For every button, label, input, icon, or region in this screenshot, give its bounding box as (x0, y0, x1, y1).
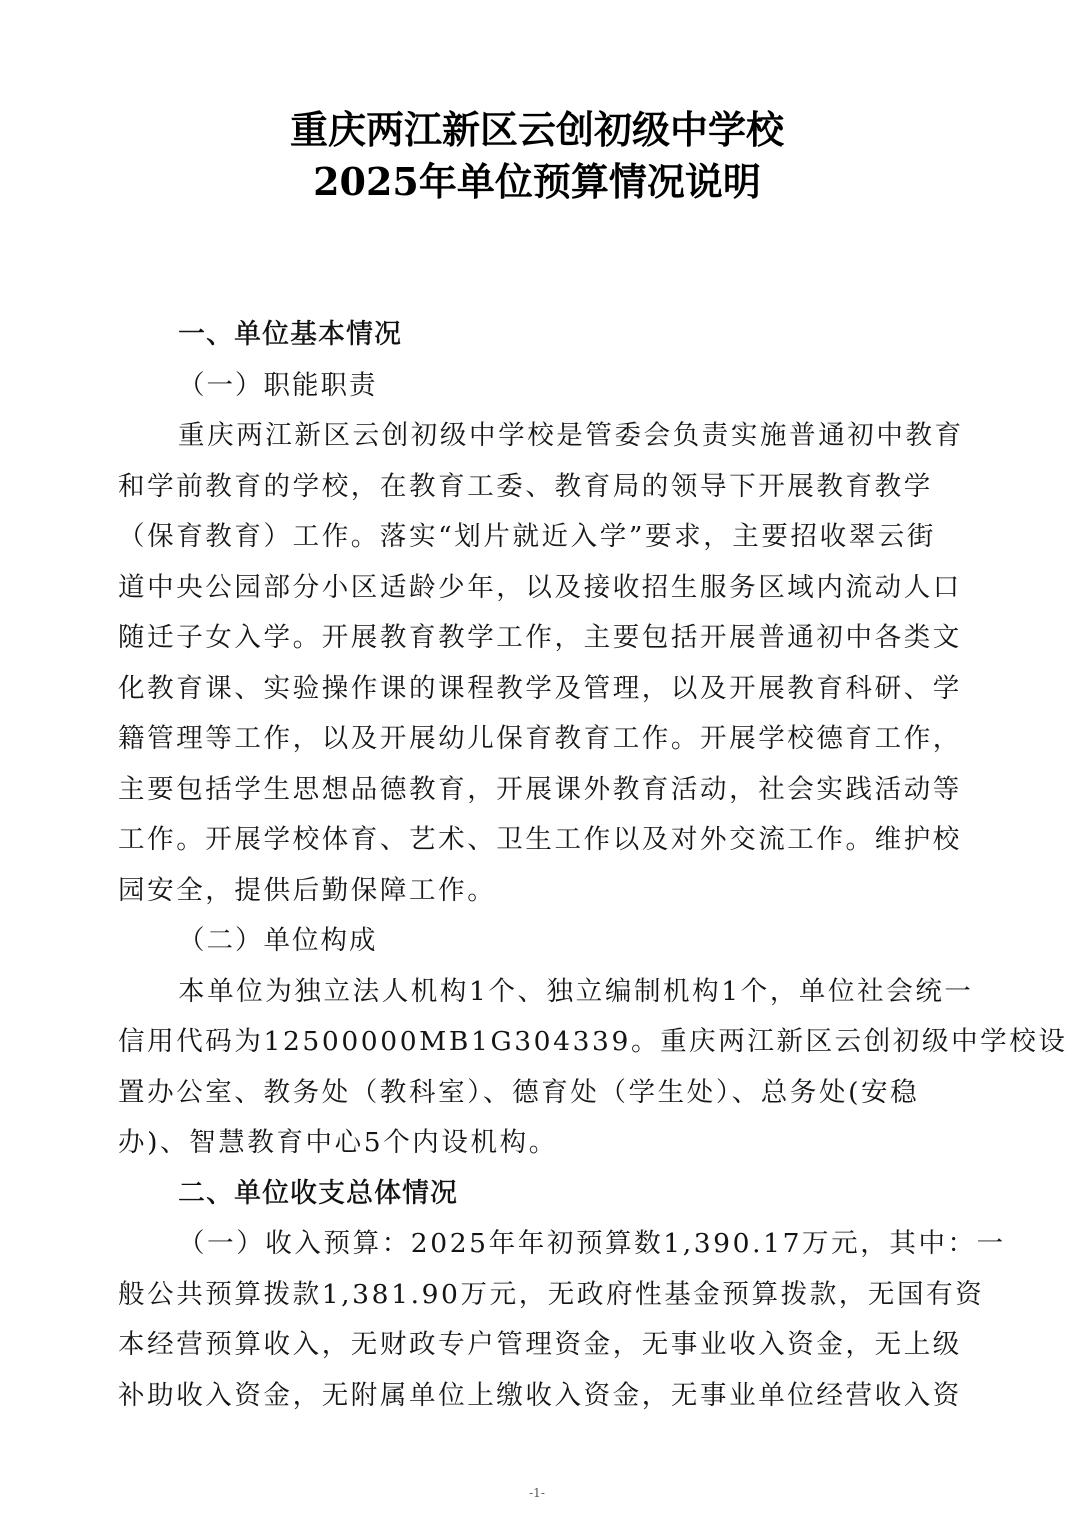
paragraph-line: 主要包括学生思想品德教育，开展课外教育活动，社会实践活动等 (118, 765, 958, 816)
paragraph-line: 园安全，提供后勤保障工作。 (118, 866, 958, 917)
paragraph-line: 重庆两江新区云创初级中学校是管委会负责实施普通初中教育 (118, 411, 958, 462)
paragraph-line: 本单位为独立法人机构1个、独立编制机构1个，单位社会统一 (118, 967, 958, 1018)
paragraph-line: 信用代码为12500000MB1G304339。重庆两江新区云创初级中学校设 (118, 1017, 958, 1068)
paragraph-line: 般公共预算拨款1,381.90万元，无政府性基金预算拨款，无国有资 (118, 1270, 958, 1321)
document-title-line-2: 2025年单位预算情况说明 (0, 156, 1074, 208)
section-heading-2-text: 二、单位收支总体情况 (178, 1178, 458, 1209)
section-heading-1-text: 一、单位基本情况 (178, 319, 402, 350)
paragraph-line: （保育教育）工作。落实“划片就近入学”要求，主要招收翠云街 (118, 512, 958, 563)
section-heading-2: 二、单位收支总体情况 (118, 1169, 958, 1220)
document-page: 重庆两江新区云创初级中学校 2025年单位预算情况说明 一、单位基本情况 （一）… (0, 0, 1074, 1520)
paragraph-line: 籍管理等工作，以及开展幼儿保育教育工作。开展学校德育工作， (118, 714, 958, 765)
paragraph-line: 化教育课、实验操作课的课程教学及管理，以及开展教育科研、学 (118, 664, 958, 715)
section-heading-1: 一、单位基本情况 (118, 310, 958, 361)
document-title-line-1: 重庆两江新区云创初级中学校 (0, 104, 1074, 156)
paragraph-line: 和学前教育的学校，在教育工委、教育局的领导下开展教育教学 (118, 462, 958, 513)
paragraph-line: 工作。开展学校体育、艺术、卫生工作以及对外交流工作。维护校 (118, 815, 958, 866)
paragraph-line: 随迁子女入学。开展教育教学工作，主要包括开展普通初中各类文 (118, 613, 958, 664)
paragraph-line: 道中央公园部分小区适龄少年，以及接收招生服务区域内流动人口 (118, 563, 958, 614)
subsection-heading-1-1: （一）职能职责 (118, 361, 958, 412)
paragraph-line: 办)、智慧教育中心5个内设机构。 (118, 1118, 958, 1169)
paragraph-line: 置办公室、教务处（教科室）、德育处（学生处）、总务处(安稳 (118, 1068, 958, 1119)
document-body: 一、单位基本情况 （一）职能职责 重庆两江新区云创初级中学校是管委会负责实施普通… (118, 310, 958, 1421)
subsection-heading-1-2: （二）单位构成 (118, 916, 958, 967)
paragraph-line: （一）收入预算：2025年年初预算数1,390.17万元，其中：一 (118, 1219, 958, 1270)
paragraph-line: 补助收入资金，无附属单位上缴收入资金，无事业单位经营收入资 (118, 1371, 958, 1422)
page-number: -1- (0, 1486, 1074, 1500)
paragraph-line: 本经营预算收入，无财政专户管理资金，无事业收入资金，无上级 (118, 1320, 958, 1371)
